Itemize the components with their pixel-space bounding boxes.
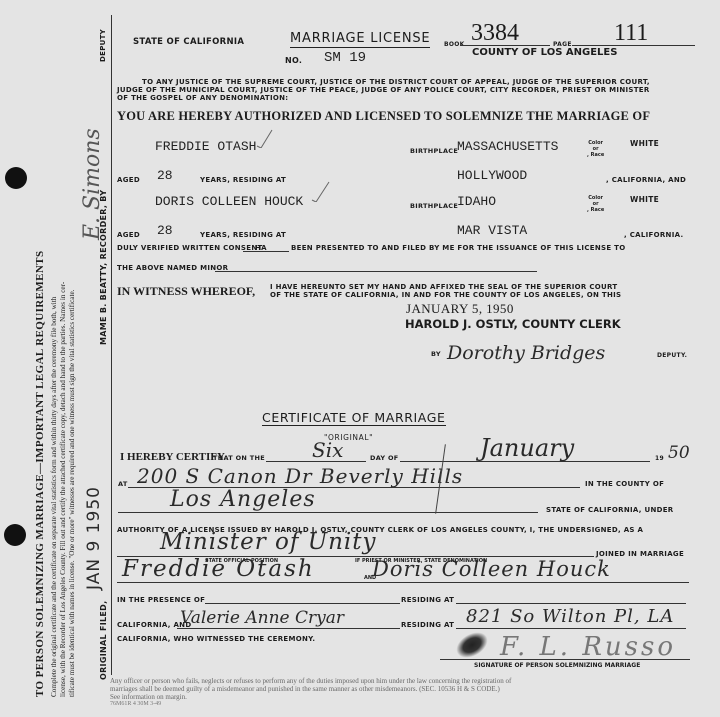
groom-years-label: YEARS, RESIDING AT: [200, 176, 286, 184]
license-no-value: SM 19: [324, 50, 366, 66]
issue-date: JANUARY 5, 1950: [406, 301, 514, 317]
original-filed-label: ORIGINAL FILED,: [99, 601, 108, 680]
certify-heading: I HEREBY CERTIFY: [120, 451, 225, 463]
margin-text-3: tificate must be identical with names in…: [68, 290, 76, 697]
bride-race: WHITE: [630, 195, 659, 204]
in-county-of-label: IN THE COUNTY OF: [585, 480, 664, 488]
groom-aged-label: AGED: [117, 176, 140, 184]
bride-residence-suffix: , CALIFORNIA.: [624, 231, 683, 239]
witness-text-1: I HAVE HEREUNTO SET MY HAND AND AFFIXED …: [270, 283, 617, 291]
month-value: January: [480, 434, 574, 462]
footer-notice-2: marriages shall be deemed guilty of a mi…: [110, 685, 500, 693]
margin-text-2: license, with the Recorder of Los Angele…: [59, 282, 67, 697]
officiant-signature-line: [440, 659, 690, 660]
groom-checkmark-icon: [255, 128, 273, 148]
ink-smudge: [452, 627, 492, 663]
day-of-label: DAY OF: [370, 454, 399, 462]
consent-text-b: BEEN PRESENTED TO AND FILED BY ME FOR TH…: [291, 244, 626, 252]
groom-residence: HOLLYWOOD: [457, 168, 527, 183]
witnessed-text: CALIFORNIA, WHO WITNESSED THE CEREMONY.: [117, 635, 315, 643]
witness2-value: Valerie Anne Cryar: [180, 608, 344, 628]
bride-years-label: YEARS, RESIDING AT: [200, 231, 286, 239]
witness2-line: [177, 628, 400, 629]
witness-whereof-heading: IN WITNESS WHEREOF,: [117, 284, 255, 299]
bride-birthplace: IDAHO: [457, 194, 496, 209]
minor-line: [215, 271, 537, 272]
officiant-signature: F. L. Russo: [500, 632, 676, 662]
license-title: MARRIAGE LICENSE: [290, 31, 430, 48]
address-text-3: OF THE GOSPEL OF ANY DENOMINATION:: [117, 94, 288, 102]
signature-caption: SIGNATURE OF PERSON SOLEMNIZING MARRIAGE: [474, 662, 640, 669]
county-label: COUNTY OF LOS ANGELES: [472, 47, 617, 58]
book-value: 3384: [471, 20, 519, 47]
bride-age: 28: [157, 223, 173, 238]
county-clerk: HAROLD J. OSTLY, COUNTY CLERK: [405, 317, 621, 331]
margin-heading: TO PERSON SOLEMNIZING MARRIAGE—IMPORTANT…: [34, 251, 46, 697]
bride-checkmark-icon: [310, 180, 330, 202]
form-code: 76M61R 4 30M 3-49: [110, 701, 161, 707]
bride-signature-name: Doris Colleen Houck: [372, 557, 611, 581]
residing-label-1: RESIDING AT: [401, 596, 454, 604]
authorized-heading: YOU ARE HEREBY AUTHORIZED AND LICENSED T…: [117, 109, 650, 124]
address-text-2: JUDGE OF THE MUNICIPAL COURT, JUSTICE OF…: [117, 86, 650, 94]
witness2-residence: 821 So Wilton Pl, LA: [466, 606, 674, 627]
deputy-label: DEPUTY.: [657, 352, 687, 359]
bride-name: DORIS COLLEEN HOUCK: [155, 194, 303, 209]
residing-label-2: RESIDING AT: [401, 621, 454, 629]
filed-date-stamp: JAN 9 1950: [84, 486, 104, 590]
consent-text-a: DULY VERIFIED WRITTEN CONSENT: [117, 244, 263, 252]
footer-notice-3: See information on margin.: [110, 693, 187, 701]
license-no-label: NO.: [285, 56, 302, 65]
deputy-signature: Dorothy Bridges: [447, 342, 605, 364]
color-label-race: , Race: [587, 152, 604, 158]
bride-aged-label: AGED: [117, 231, 140, 239]
consent-ha: HA: [255, 244, 267, 252]
witness2-residence-line: [456, 628, 686, 629]
state-label: STATE OF CALIFORNIA: [133, 37, 244, 47]
groom-birthplace-label: BIRTHPLACE: [410, 147, 458, 155]
witness1-residence-line: [456, 603, 686, 604]
margin-divider: [111, 15, 112, 675]
recorder-deputy-label: DEPUTY: [99, 29, 107, 62]
color-label-race: , Race: [587, 207, 604, 213]
county-line: [118, 512, 538, 513]
groom-age: 28: [157, 168, 173, 183]
county-value: Los Angeles: [170, 487, 316, 512]
punch-hole-bottom: [4, 524, 26, 546]
certificate-title: CERTIFICATE OF MARRIAGE: [262, 410, 446, 426]
margin-text-1: Complete the original certificate and th…: [50, 297, 58, 697]
bride-birthplace-label: BIRTHPLACE: [410, 202, 458, 210]
footer-notice-1: Any officer or person who fails, neglect…: [110, 677, 511, 685]
groom-residence-suffix: , CALIFORNIA, AND: [606, 176, 686, 184]
witness1-line: [205, 603, 400, 604]
groom-name: FREDDIE OTASH: [155, 139, 256, 154]
page-value: 111: [614, 20, 648, 47]
groom-race: WHITE: [630, 139, 659, 148]
by-label: BY: [431, 350, 441, 358]
groom-signature-name: Freddie Otash: [122, 556, 315, 582]
witness-text-2: OF THE STATE OF CALIFORNIA, IN AND FOR T…: [270, 291, 621, 299]
year-value: 50: [668, 443, 690, 463]
minor-label: THE ABOVE NAMED MINOR: [117, 264, 228, 272]
position-value: Minister of Unity: [160, 529, 377, 555]
groom-birthplace: MASSACHUSETTS: [457, 139, 558, 154]
presence-label: IN THE PRESENCE OF: [117, 596, 205, 604]
groom-color-label: Color or , Race: [587, 140, 604, 158]
year-prefix: 19: [655, 455, 664, 462]
couple-line: [117, 582, 689, 583]
state-under-label: STATE OF CALIFORNIA, UNDER: [546, 506, 673, 514]
recorder-signature: E. Simons: [80, 128, 105, 240]
address-text-1: TO ANY JUSTICE OF THE SUPREME COURT, JUS…: [142, 78, 650, 86]
at-label: AT: [118, 480, 128, 488]
bride-residence: MAR VISTA: [457, 223, 527, 238]
bride-color-label: Color or , Race: [587, 195, 604, 213]
that-on-the-label: THAT ON THE: [213, 454, 265, 462]
day-value: Six: [312, 438, 343, 462]
punch-hole-top: [5, 167, 27, 189]
place-value: 200 S Canon Dr Beverly Hills: [137, 464, 463, 488]
